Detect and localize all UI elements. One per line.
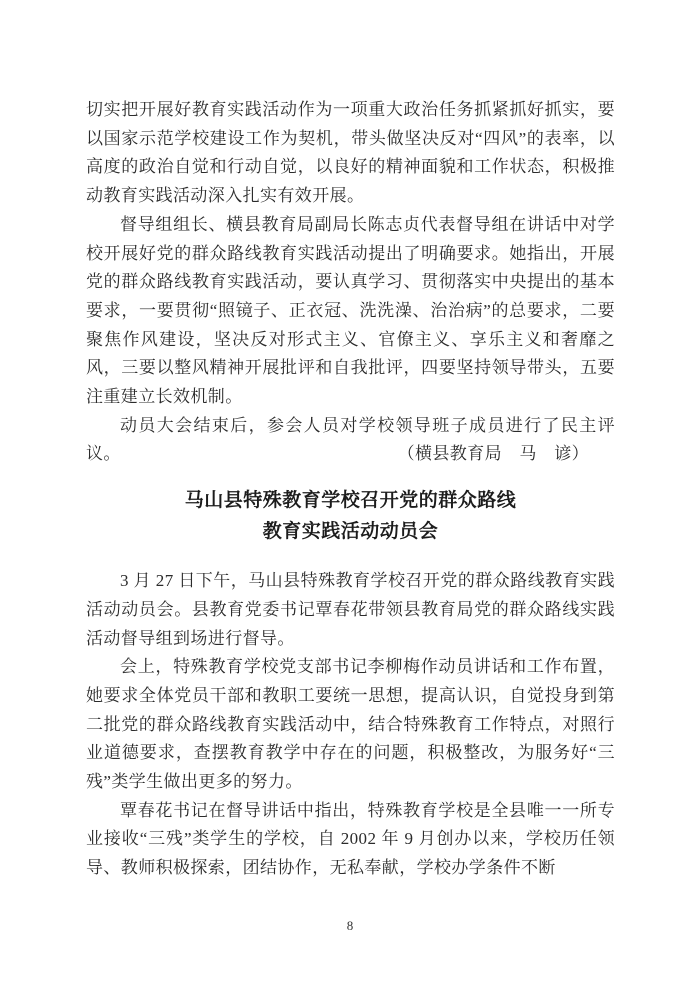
article-title-line-2: 教育实践活动动员会 [86, 516, 615, 547]
attribution: （横县教育局 马 谚） [86, 440, 615, 469]
spacer [86, 547, 615, 567]
article-body: 切实把开展好教育实践活动作为一项重大政治任务抓紧抓好抓实，要以国家示范学校建设工… [0, 0, 700, 883]
paragraph: 会上，特殊教育学校党支部书记李柳梅作动员讲话和工作布置，她要求全体党员干部和教职… [86, 653, 615, 797]
document-page: 切实把开展好教育实践活动作为一项重大政治任务抓紧抓好抓实，要以国家示范学校建设工… [0, 0, 700, 990]
article-title-line-1: 马山县特殊教育学校召开党的群众路线 [86, 485, 615, 516]
paragraph: 覃春花书记在督导讲话中指出，特殊教育学校是全县唯一一所专业接收“三残”类学生的学… [86, 797, 615, 883]
paragraph: 督导组组长、横县教育局副局长陈志贞代表督导组在讲话中对学校开展好党的群众路线教育… [86, 211, 615, 412]
paragraph-continuation: 切实把开展好教育实践活动作为一项重大政治任务抓紧抓好抓实，要以国家示范学校建设工… [86, 96, 615, 211]
page-number: 8 [0, 918, 700, 934]
paragraph: 3 月 27 日下午，马山县特殊教育学校召开党的群众路线教育实践活动动员会。县教… [86, 567, 615, 653]
article-title: 马山县特殊教育学校召开党的群众路线 教育实践活动动员会 [86, 485, 615, 547]
